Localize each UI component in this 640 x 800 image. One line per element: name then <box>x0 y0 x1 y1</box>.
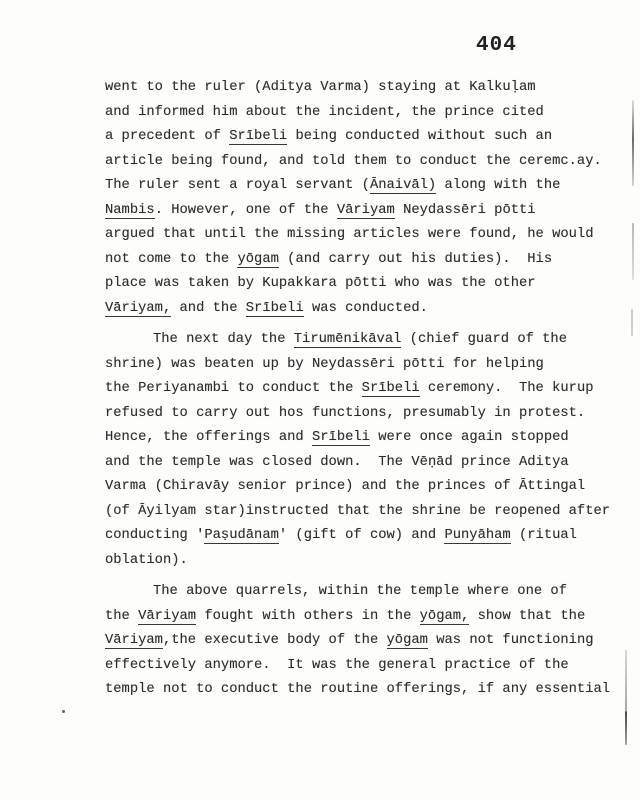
text-segment: article being found, and told them to co… <box>105 154 602 169</box>
underlined-term: Vāriyam <box>138 609 196 625</box>
text-segment: was not functioning <box>428 633 594 648</box>
text-segment: the <box>105 609 138 624</box>
paragraph: The above quarrels, within the temple wh… <box>105 580 615 703</box>
text-segment: and informed him about the incident, the… <box>105 105 544 120</box>
text-line: and informed him about the incident, the… <box>105 101 615 126</box>
text-line: conducting 'Paṣudānam' (gift of cow) and… <box>105 524 615 549</box>
text-segment: The next day the <box>153 332 294 347</box>
underlined-term: Srībeli <box>362 381 420 397</box>
text-segment: shrine) was beaten up by Neydassēri pōtt… <box>105 357 544 372</box>
text-segment: The ruler sent a royal servant ( <box>105 178 370 193</box>
text-segment: the Periyanambi to conduct the <box>105 381 362 396</box>
text-line: The next day the Tirumēnikāval (chief gu… <box>105 328 615 353</box>
page-number: 404 <box>476 34 517 57</box>
text-line: refused to carry out hos functions, pres… <box>105 402 615 427</box>
text-segment: was conducted. <box>304 301 428 316</box>
text-segment: along with the <box>436 178 560 193</box>
text-line: and the temple was closed down. The Vēṇā… <box>105 451 615 476</box>
underlined-term: Vāriyam <box>105 633 163 649</box>
scanned-document-page: 404 went to the ruler (Aditya Varma) sta… <box>0 0 640 800</box>
text-segment: not come to the <box>105 252 237 267</box>
underlined-term: Vāriyam <box>337 203 395 219</box>
underlined-term: yōgam, <box>420 609 470 625</box>
paragraph: went to the ruler (Aditya Varma) staying… <box>105 76 615 321</box>
text-segment: (of Āyilyam star)instructed that the shr… <box>105 504 610 519</box>
text-segment: place was taken by Kupakkara pōtti who w… <box>105 276 536 291</box>
underlined-term: Srībeli <box>246 301 304 317</box>
paragraph: The next day the Tirumēnikāval (chief gu… <box>105 328 615 573</box>
text-segment: temple not to conduct the routine offeri… <box>105 682 610 697</box>
text-segment: argued that until the missing articles w… <box>105 227 594 242</box>
underlined-term: Punyāham <box>444 528 510 544</box>
underlined-term: Vāriyam, <box>105 301 171 317</box>
text-segment: oblation). <box>105 553 188 568</box>
text-segment: . However, one of the <box>155 203 337 218</box>
text-segment: (chief guard of the <box>401 332 567 347</box>
text-line: shrine) was beaten up by Neydassēri pōtt… <box>105 353 615 378</box>
text-segment: conducting ' <box>105 528 204 543</box>
scan-artifact-dot <box>62 710 65 713</box>
text-segment: (and carry out his duties). His <box>279 252 552 267</box>
scan-artifact-line <box>632 223 634 280</box>
text-segment: were once again stopped <box>370 430 569 445</box>
text-segment: and the temple was closed down. The Vēṇā… <box>105 455 569 470</box>
text-line: The ruler sent a royal servant (Ānaivāl)… <box>105 174 615 199</box>
text-segment: The above quarrels, within the temple wh… <box>153 584 567 599</box>
text-line: Nambis. However, one of the Vāriyam Neyd… <box>105 199 615 224</box>
text-segment: fought with others in the <box>196 609 420 624</box>
text-line: not come to the yōgam (and carry out his… <box>105 248 615 273</box>
text-segment: ,the executive body of the <box>163 633 387 648</box>
scan-artifact-line <box>625 711 627 745</box>
text-line: Varma (Chiravāy senior prince) and the p… <box>105 475 615 500</box>
scan-artifact-line <box>625 650 627 711</box>
text-line: a precedent of Srībeli being conducted w… <box>105 125 615 150</box>
text-segment: went to the ruler (Aditya Varma) staying… <box>105 80 536 95</box>
text-line: went to the ruler (Aditya Varma) staying… <box>105 76 615 101</box>
document-body: went to the ruler (Aditya Varma) staying… <box>105 76 615 703</box>
underlined-term: yōgam <box>387 633 428 649</box>
text-line: effectively anymore. It was the general … <box>105 654 615 679</box>
text-segment: being conducted without such an <box>287 129 552 144</box>
text-segment: Varma (Chiravāy senior prince) and the p… <box>105 479 585 494</box>
text-line: (of Āyilyam star)instructed that the shr… <box>105 500 615 525</box>
text-segment: effectively anymore. It was the general … <box>105 658 569 673</box>
text-line: the Periyanambi to conduct the Srībeli c… <box>105 377 615 402</box>
text-line: article being found, and told them to co… <box>105 150 615 175</box>
underlined-term: yōgam <box>237 252 278 268</box>
underlined-term: Srībeli <box>312 430 370 446</box>
text-line: place was taken by Kupakkara pōtti who w… <box>105 272 615 297</box>
text-line: oblation). <box>105 549 615 574</box>
text-line: argued that until the missing articles w… <box>105 223 615 248</box>
underlined-term: Nambis <box>105 203 155 219</box>
text-line: the Vāriyam fought with others in the yō… <box>105 605 615 630</box>
underlined-term: Tirumēnikāval <box>294 332 402 348</box>
text-segment: ' (gift of cow) and <box>279 528 445 543</box>
underlined-term: Ānaivāl) <box>370 178 436 194</box>
text-segment: ceremony. The kurup <box>420 381 594 396</box>
underlined-term: Paṣudānam <box>204 528 279 544</box>
text-line: Vāriyam, and the Srībeli was conducted. <box>105 297 615 322</box>
text-segment: show that the <box>469 609 585 624</box>
text-line: Vāriyam,the executive body of the yōgam … <box>105 629 615 654</box>
text-segment: Hence, the offerings and <box>105 430 312 445</box>
text-segment: a precedent of <box>105 129 229 144</box>
text-segment: and the <box>171 301 246 316</box>
scan-artifact-line <box>632 100 634 186</box>
underlined-term: Srībeli <box>229 129 287 145</box>
text-line: The above quarrels, within the temple wh… <box>105 580 615 605</box>
text-line: temple not to conduct the routine offeri… <box>105 678 615 703</box>
text-segment: refused to carry out hos functions, pres… <box>105 406 585 421</box>
text-segment: Neydassēri pōtti <box>395 203 536 218</box>
text-line: Hence, the offerings and Srībeli were on… <box>105 426 615 451</box>
scan-artifact-line <box>631 309 633 336</box>
text-segment: (ritual <box>511 528 577 543</box>
